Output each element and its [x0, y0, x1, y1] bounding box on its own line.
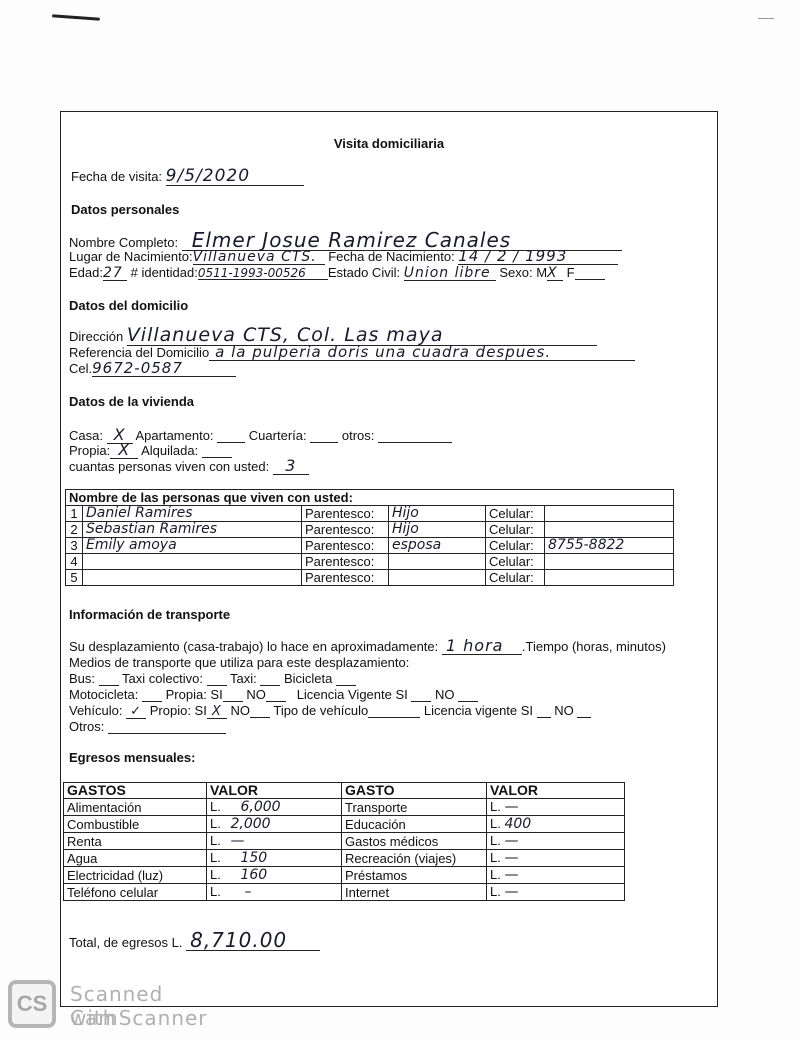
expense-item: Combustible	[64, 816, 207, 833]
expense-item: Recreación (viajes)	[342, 850, 487, 867]
row-number: 4	[66, 554, 83, 570]
table-row: 3 Emily amoya Parentesco: esposa Celular…	[66, 538, 674, 554]
moto-no-label: NO	[246, 687, 266, 702]
visit-date-row: Fecha de visita: 9/5/2020	[71, 168, 304, 186]
people-table-header: Nombre de las personas que viven con ust…	[66, 490, 674, 506]
moto-licencia-no-field[interactable]	[458, 688, 478, 702]
person-name-cell[interactable]: Daniel Ramires	[83, 506, 302, 522]
person-name-cell[interactable]	[83, 570, 302, 586]
birthplace-label: Lugar de Nacimiento:	[69, 249, 193, 264]
phone-cell[interactable]	[545, 554, 674, 570]
table-row: Electricidad (luz) L. 160 Préstamos L. —	[64, 867, 625, 884]
people-count-row: cuantas personas viven con usted: 3	[69, 458, 309, 475]
vehiculo-label: Vehículo:	[69, 703, 123, 718]
total-field[interactable]: 8,710.00	[186, 930, 320, 951]
otros-field[interactable]	[378, 429, 452, 443]
table-row: 1 Daniel Ramires Parentesco: Hijo Celula…	[66, 506, 674, 522]
phone-cell[interactable]: 8755-8822	[545, 538, 674, 554]
col-header-gasto: GASTO	[342, 783, 487, 799]
phone-label: Celular:	[486, 570, 545, 586]
licencia-no-field[interactable]	[577, 704, 591, 718]
tipo-label: Tipo de vehículo	[273, 703, 368, 718]
otros-transport-row: Otros:	[69, 719, 226, 734]
phone-label: Celular:	[486, 554, 545, 570]
birthdate-field[interactable]: 14 / 2 / 1993	[458, 249, 618, 265]
otros-label: otros:	[342, 428, 375, 443]
col-header-valor: VALOR	[207, 783, 342, 799]
camscanner-logo-icon: CS	[8, 980, 56, 1028]
taxi-field[interactable]	[260, 672, 280, 686]
bus-label: Bus:	[69, 671, 95, 686]
relation-label: Parentesco:	[302, 506, 389, 522]
expense-item: Renta	[64, 833, 207, 850]
alquilada-field[interactable]	[202, 444, 232, 458]
expense-value[interactable]: L. —	[207, 833, 342, 850]
domicile-heading: Datos del domicilio	[69, 298, 188, 313]
id-field[interactable]: 0511-1993-00526	[198, 267, 328, 280]
expense-item: Teléfono celular	[64, 884, 207, 901]
id-label: # identidad:	[131, 265, 198, 280]
table-row: Agua L. 150 Recreación (viajes) L. —	[64, 850, 625, 867]
propio-no-field[interactable]	[250, 704, 270, 718]
propia-label: Propia:	[69, 443, 110, 458]
person-name-cell[interactable]: Emily amoya	[83, 538, 302, 554]
phone-cell[interactable]	[545, 506, 674, 522]
moto-licencia-no-label: NO	[435, 687, 455, 702]
relation-cell[interactable]: Hijo	[389, 522, 486, 538]
expense-value[interactable]: L. —	[487, 850, 625, 867]
expense-item: Educación	[342, 816, 487, 833]
phone-label: Cel.	[69, 361, 92, 376]
cuarteria-label: Cuartería:	[249, 428, 307, 443]
cuarteria-field[interactable]	[310, 429, 338, 443]
expenses-heading: Egresos mensuales:	[69, 750, 195, 765]
visit-date-field[interactable]: 9/5/2020	[166, 168, 304, 186]
address-label: Dirección	[69, 329, 123, 344]
phone-cell[interactable]	[545, 522, 674, 538]
commute-suffix: .Tiempo (horas, minutos)	[522, 639, 666, 654]
person-name-cell[interactable]: Sebastian Ramires	[83, 522, 302, 538]
table-row: 4 Parentesco: Celular:	[66, 554, 674, 570]
housing-heading: Datos de la vivienda	[69, 394, 194, 409]
people-count-field[interactable]: 3	[273, 458, 309, 475]
expense-value[interactable]: L. —	[487, 867, 625, 884]
birthdate-label: Fecha de Nacimiento:	[328, 249, 454, 264]
expense-item: Transporte	[342, 799, 487, 816]
people-count-label: cuantas personas viven con usted:	[69, 459, 269, 474]
taxi-label: Taxi:	[230, 671, 257, 686]
expense-value[interactable]: L. –	[207, 884, 342, 901]
moto-propia-label: Propia: SI	[166, 687, 223, 702]
moto-propia-si-field[interactable]	[223, 688, 243, 702]
people-table: Nombre de las personas que viven con ust…	[65, 489, 674, 586]
propio-si-field[interactable]: X	[207, 705, 227, 719]
col-header-valor: VALOR	[487, 783, 625, 799]
sex-f-label: F	[567, 265, 575, 280]
public-transport-row: Bus: Taxi colectivo: Taxi: Bicicleta	[69, 671, 356, 686]
propio-no-label: NO	[230, 703, 250, 718]
person-name-cell[interactable]	[83, 554, 302, 570]
table-row: 2 Sebastian Ramires Parentesco: Hijo Cel…	[66, 522, 674, 538]
expenses-table: GASTOS VALOR GASTO VALOR Alimentación L.…	[63, 782, 625, 901]
apartamento-label: Apartamento:	[136, 428, 214, 443]
bus-field[interactable]	[99, 672, 119, 686]
table-row: Teléfono celular L. – Internet L. —	[64, 884, 625, 901]
expense-item: Agua	[64, 850, 207, 867]
relation-cell[interactable]	[389, 554, 486, 570]
expense-value[interactable]: L. 150	[207, 850, 342, 867]
taxi-colectivo-label: Taxi colectivo:	[122, 671, 203, 686]
form-title: Visita domiciliaria	[61, 136, 717, 151]
otros-transport-label: Otros:	[69, 719, 104, 734]
reference-field[interactable]: a la pulperia doris una cuadra despues.	[209, 345, 635, 361]
expense-value[interactable]: L. 2,000	[207, 816, 342, 833]
alquilada-label: Alquilada:	[141, 443, 198, 458]
visit-date-label: Fecha de visita:	[71, 169, 162, 184]
table-row: 5 Parentesco: Celular:	[66, 570, 674, 586]
row-number: 3	[66, 538, 83, 554]
expense-item: Internet	[342, 884, 487, 901]
moto-propia-no-field[interactable]	[266, 688, 286, 702]
birthplace-field[interactable]: Villanueva CTS.	[193, 250, 325, 265]
moto-row: Motocicleta: Propia: SI NO Licencia Vige…	[69, 687, 478, 702]
reference-label: Referencia del Domicilio	[69, 345, 209, 360]
commute-label: Su desplazamiento (casa-trabajo) lo hace…	[69, 639, 438, 654]
licencia-label: Licencia vigente SI	[424, 703, 533, 718]
licencia-no-label: NO	[554, 703, 574, 718]
phone-label: Celular:	[486, 506, 545, 522]
civil-label: Estado Civil:	[328, 265, 400, 280]
full-name-label: Nombre Completo:	[69, 235, 178, 250]
relation-label: Parentesco:	[302, 522, 389, 538]
licencia-si-field[interactable]	[537, 704, 551, 718]
expense-value[interactable]: L. 160	[207, 867, 342, 884]
relation-cell[interactable]	[389, 570, 486, 586]
ownership-row: Propia:X Alquilada:	[69, 442, 232, 459]
col-header-gastos: GASTOS	[64, 783, 207, 799]
moto-licencia-si-field[interactable]	[411, 688, 431, 702]
table-row: Renta L. — Gastos médicos L. —	[64, 833, 625, 850]
watermark-line-2: CamScanner	[70, 1006, 208, 1030]
relation-label: Parentesco:	[302, 570, 389, 586]
phone-row: Cel.9672-0587	[69, 361, 236, 377]
total-label: Total, de egresos L.	[69, 935, 182, 950]
expense-item: Préstamos	[342, 867, 487, 884]
age-label: Edad:	[69, 265, 103, 280]
expense-item: Alimentación	[64, 799, 207, 816]
sex-f-field[interactable]	[575, 266, 605, 280]
moto-label: Motocicleta:	[69, 687, 138, 702]
sex-m-field[interactable]: X	[547, 266, 563, 281]
moto-licencia-label: Licencia Vigente SI	[297, 687, 408, 702]
propio-label: Propio: SI	[150, 703, 207, 718]
casa-label: Casa:	[69, 428, 103, 443]
bicicleta-label: Bicicleta	[284, 671, 332, 686]
identity-row: Edad:27 # identidad:0511-1993-00526Estad…	[69, 265, 605, 281]
relation-label: Parentesco:	[302, 554, 389, 570]
expense-value[interactable]: L. —	[487, 799, 625, 816]
row-number: 2	[66, 522, 83, 538]
personal-heading: Datos personales	[71, 202, 179, 217]
vehicle-row: Vehículo: ✓ Propio: SIX NO Tipo de vehíc…	[69, 703, 591, 719]
bicicleta-field[interactable]	[336, 672, 356, 686]
propia-field[interactable]: X	[110, 442, 138, 459]
expense-value[interactable]: L. —	[487, 833, 625, 850]
relation-label: Parentesco:	[302, 538, 389, 554]
relation-cell[interactable]: esposa	[389, 538, 486, 554]
row-number: 5	[66, 570, 83, 586]
tipo-field[interactable]	[368, 704, 420, 718]
civil-field[interactable]: Union libre	[404, 266, 496, 281]
taxi-colectivo-field[interactable]	[207, 672, 227, 686]
phone-cell[interactable]	[545, 570, 674, 586]
expense-value[interactable]: L. 400	[487, 816, 625, 833]
expense-item: Gastos médicos	[342, 833, 487, 850]
means-row: Medios de transporte que utiliza para es…	[69, 655, 409, 670]
transport-heading: Información de transporte	[69, 607, 230, 622]
expense-value[interactable]: L. —	[487, 884, 625, 901]
row-number: 1	[66, 506, 83, 522]
total-row: Total, de egresos L. 8,710.00	[69, 930, 320, 951]
vehiculo-field[interactable]: ✓	[126, 705, 146, 719]
table-row: Alimentación L. 6,000 Transporte L. —	[64, 799, 625, 816]
form-page: Visita domiciliaria Fecha de visita: 9/5…	[60, 111, 718, 1007]
expense-item: Electricidad (luz)	[64, 867, 207, 884]
apartamento-field[interactable]	[217, 429, 245, 443]
phone-label: Celular:	[486, 522, 545, 538]
phone-label: Celular:	[486, 538, 545, 554]
commute-field[interactable]: 1 hora	[442, 638, 522, 655]
commute-row: Su desplazamiento (casa-trabajo) lo hace…	[69, 638, 666, 655]
relation-cell[interactable]: Hijo	[389, 506, 486, 522]
expense-value[interactable]: L. 6,000	[207, 799, 342, 816]
pen-mark	[52, 14, 100, 20]
birth-row: Lugar de Nacimiento:Villanueva CTS. Fech…	[69, 249, 618, 265]
phone-field[interactable]: 9672-0587	[92, 361, 236, 377]
moto-field[interactable]	[142, 688, 162, 702]
age-field[interactable]: 27	[103, 266, 127, 281]
pen-mark	[758, 18, 774, 19]
otros-transport-field[interactable]	[108, 720, 226, 734]
sex-m-label: Sexo: M	[499, 265, 547, 280]
table-row: Combustible L. 2,000 Educación L. 400	[64, 816, 625, 833]
